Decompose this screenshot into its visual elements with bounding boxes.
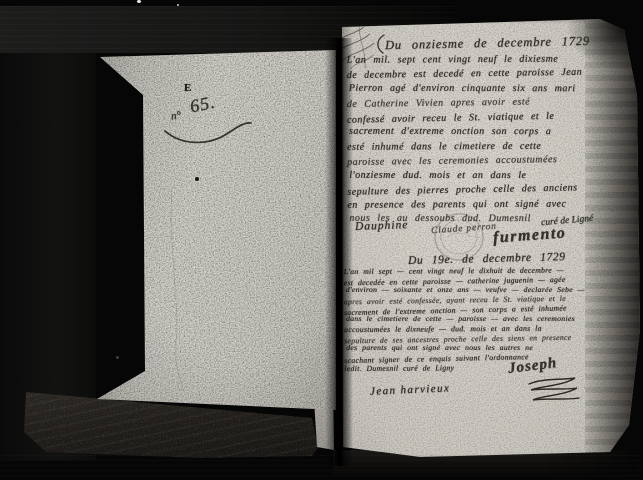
archival-scan: E n° 65. Du onziesme de de — [0, 0, 643, 480]
left-page: E n° 65. — [88, 44, 338, 416]
dust-speck — [137, 0, 141, 3]
signature-jean: Jean harvieux — [370, 382, 451, 397]
signature-dauphine: Dauphine — [355, 219, 409, 233]
section-letter: E — [184, 82, 192, 94]
dust-speck — [116, 356, 119, 359]
corner-mottling — [561, 10, 643, 74]
parish-stamp — [430, 210, 488, 264]
signature-perron: Claude perron — [431, 222, 497, 237]
page-crease — [158, 184, 198, 394]
dust-speck — [177, 4, 179, 6]
page-edge-shadow — [585, 10, 643, 470]
signature-joseph: Joseph — [507, 355, 558, 378]
right-page: Du onziesme de decembre 1729 L'an mil. s… — [333, 10, 643, 470]
signature-paraph — [523, 376, 585, 404]
entry-heading: Du onziesme de decembre 1729 — [385, 34, 590, 53]
ink-dot — [195, 177, 199, 181]
entry-heading: Du 19e. de decembre 1729 — [408, 251, 566, 267]
signature-furmento: furmento — [492, 224, 566, 247]
table-surface-streaks — [0, 455, 643, 480]
folio-underline-flourish — [162, 116, 254, 148]
